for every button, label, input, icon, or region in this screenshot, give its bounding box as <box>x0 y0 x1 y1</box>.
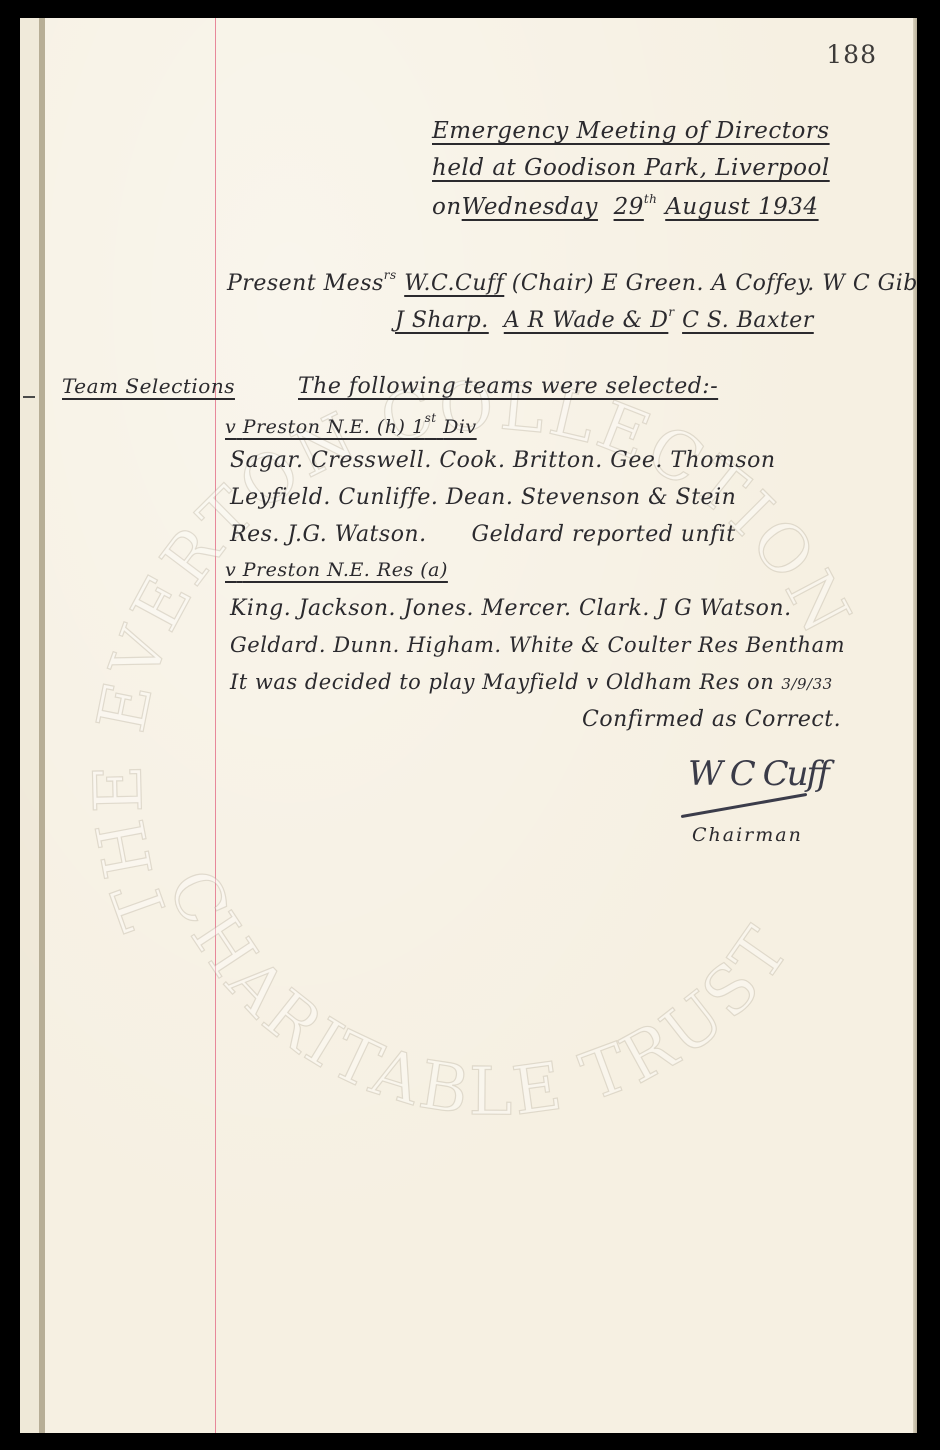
decision-date: 3/9/33 <box>781 675 832 693</box>
heading-month-year: August 1934 <box>665 194 818 220</box>
present-sharp: J Sharp. <box>395 308 489 333</box>
fixture-2: v Preston N.E. Res (a) <box>225 559 448 581</box>
binding-strip <box>39 18 45 1433</box>
heading-date-sup: th <box>644 192 658 206</box>
heading-day: Wednesday <box>462 194 598 220</box>
confirmation-text: Confirmed as Correct. <box>582 707 841 732</box>
team-2-players-line-2: Geldard. Dunn. Higham. White & Coulter R… <box>230 633 845 657</box>
team-2-players-line-1: King. Jackson. Jones. Mercer. Clark. J G… <box>230 596 792 621</box>
present-others-2: A R Wade & D <box>504 308 669 333</box>
fixture-1: v Preston N.E. (h) 1st Div <box>225 411 477 438</box>
present-chair-name: W.C.Cuff <box>404 271 504 296</box>
heading-line-2: held at Goodison Park, Liverpool <box>432 155 830 181</box>
present-baxter: C S. Baxter <box>682 308 814 333</box>
heading-line-1: Emergency Meeting of Directors <box>432 118 830 144</box>
heading-line-3: onWednesday 29th August 1934 <box>432 192 819 220</box>
heading-date-num: 29 <box>614 194 644 220</box>
page-number: 188 <box>826 40 877 69</box>
chairman-signature: W C Cuff <box>688 754 828 794</box>
red-margin-line <box>215 18 216 1433</box>
watermark-bottom-arc: CHARITABLE TRUST <box>153 858 806 1130</box>
binding-margin <box>20 18 39 1433</box>
margin-dash <box>23 396 35 398</box>
signature-underline <box>681 793 808 818</box>
heading-on: on <box>432 194 462 220</box>
present-others-1: E Green. A Coffey. W C Gibbins <box>602 271 917 296</box>
chairman-title: Chairman <box>692 824 803 846</box>
ledger-page: THE EVERTON COLLECTION CHARITABLE TRUST … <box>20 18 917 1433</box>
present-line-2: J Sharp. A R Wade & Dr C S. Baxter <box>395 305 814 333</box>
margin-heading-team-selections: Team Selections <box>62 374 235 398</box>
present-label: Present Mess <box>227 271 384 296</box>
intro-text: The following teams were selected:- <box>298 374 718 399</box>
team-1-players-line-2: Leyfield. Cunliffe. Dean. Stevenson & St… <box>230 485 736 510</box>
page-edge <box>913 18 917 1433</box>
decision-line: It was decided to play Mayfield v Oldham… <box>230 670 833 694</box>
present-line-1: Present Messrs W.C.Cuff (Chair) E Green.… <box>227 268 917 296</box>
present-chair-role: (Chair) <box>512 271 594 296</box>
decision-text: It was decided to play Mayfield v Oldham… <box>230 670 774 694</box>
team-1-players-line-1: Sagar. Cresswell. Cook. Britton. Gee. Th… <box>230 448 776 473</box>
team-1-reserve-line: Res. J.G. Watson. Geldard reported unfit <box>230 522 736 547</box>
